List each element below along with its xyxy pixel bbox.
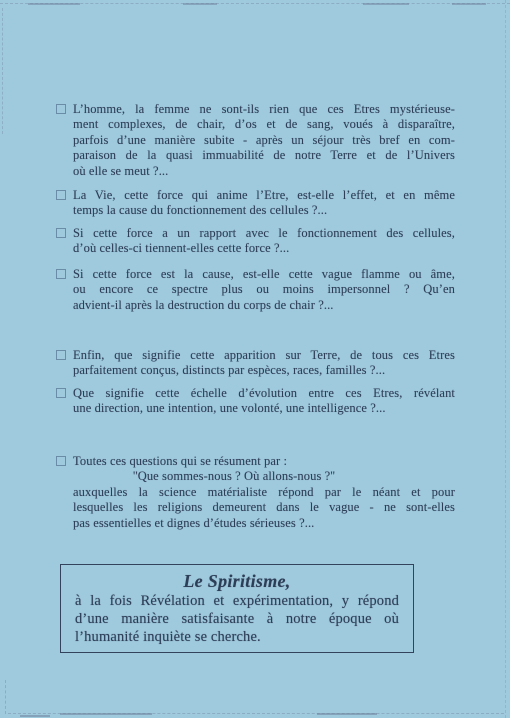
text-line: L’homme, la femme ne sont-ils rien que c… xyxy=(73,102,455,117)
square-bullet-icon xyxy=(56,269,66,279)
text-line: une direction, une intention, une volont… xyxy=(73,401,455,416)
text-line: auxquelles la science matérialiste répon… xyxy=(73,485,455,500)
question-paragraph: Que signifie cette échelle d’évolution e… xyxy=(73,386,455,417)
question-paragraph: Si cette force a un rapport avec le fonc… xyxy=(73,226,455,257)
text-line: parfaitement conçus, distincts par espèc… xyxy=(73,363,455,378)
text-line: où elle se meut ?... xyxy=(73,164,455,179)
square-bullet-icon xyxy=(56,190,66,200)
text-line: ou encore ce spectre plus ou moins imper… xyxy=(73,282,455,297)
scan-edge-artifact xyxy=(183,3,217,5)
text-line: ment complexes, de chair, d’os et de san… xyxy=(73,117,455,132)
text-line: temps la cause du fonctionnement des cel… xyxy=(73,203,455,218)
question-paragraph: L’homme, la femme ne sont-ils rien que c… xyxy=(73,102,455,179)
square-bullet-icon xyxy=(56,388,66,398)
scan-edge-artifact xyxy=(452,3,486,5)
text-line: advient-il après la destruction du corps… xyxy=(73,298,455,313)
text-line: Si cette force est la cause, est-elle ce… xyxy=(73,267,455,282)
text-line: à la fois Révélation et expérimentation,… xyxy=(75,592,399,610)
square-bullet-icon xyxy=(56,228,66,238)
text-line: paraison de la quasi immuabilité de notr… xyxy=(73,148,455,163)
text-line: d’une manière satisfaisante à notre époq… xyxy=(75,610,399,628)
scan-edge-artifact xyxy=(5,680,6,714)
question-paragraph: La Vie, cette force qui anime l’Etre, es… xyxy=(73,188,455,219)
box-title: Le Spiritisme, xyxy=(75,571,399,592)
scan-edge-artifact-right xyxy=(505,0,506,718)
text-line: parfois d’une manière subite - après un … xyxy=(73,133,455,148)
text-line: ''Que sommes-nous ? Où allons-nous ?'' xyxy=(73,469,455,484)
text-line: Que signifie cette échelle d’évolution e… xyxy=(73,386,455,401)
text-line: lesquelles les religions demeurent dans … xyxy=(73,500,455,515)
text-line: l’humanité inquiète se cherche. xyxy=(75,628,399,646)
scan-edge-artifact-bottom xyxy=(8,713,504,714)
text-line: Si cette force a un rapport avec le fonc… xyxy=(73,226,455,241)
text-line: Enfin, que signifie cette apparition sur… xyxy=(73,348,455,363)
text-line: Toutes ces questions qui se résument par… xyxy=(73,454,455,469)
scan-edge-artifact xyxy=(363,3,409,5)
question-paragraph: Toutes ces questions qui se résument par… xyxy=(73,454,455,531)
question-paragraph: Enfin, que signifie cette apparition sur… xyxy=(73,348,455,379)
scan-edge-artifact xyxy=(60,713,152,715)
box-body: à la fois Révélation et expérimentation,… xyxy=(75,592,399,646)
scan-edge-artifact xyxy=(28,3,80,5)
square-bullet-icon xyxy=(56,104,66,114)
text-line: d’où celles-ci tiennent-elles cette forc… xyxy=(73,241,455,256)
text-line: pas essentielles et dignes d’études séri… xyxy=(73,516,455,531)
text-line: La Vie, cette force qui anime l’Etre, es… xyxy=(73,188,455,203)
scan-edge-artifact xyxy=(20,715,50,717)
square-bullet-icon xyxy=(56,456,66,466)
spiritisme-conclusion-box: Le Spiritisme, à la fois Révélation et e… xyxy=(60,564,414,653)
scan-edge-artifact-top xyxy=(0,3,510,4)
question-paragraph: Si cette force est la cause, est-elle ce… xyxy=(73,267,455,313)
scan-edge-artifact xyxy=(317,713,377,715)
scan-edge-artifact-left xyxy=(2,8,3,134)
scanned-page: L’homme, la femme ne sont-ils rien que c… xyxy=(0,0,510,718)
square-bullet-icon xyxy=(56,350,66,360)
